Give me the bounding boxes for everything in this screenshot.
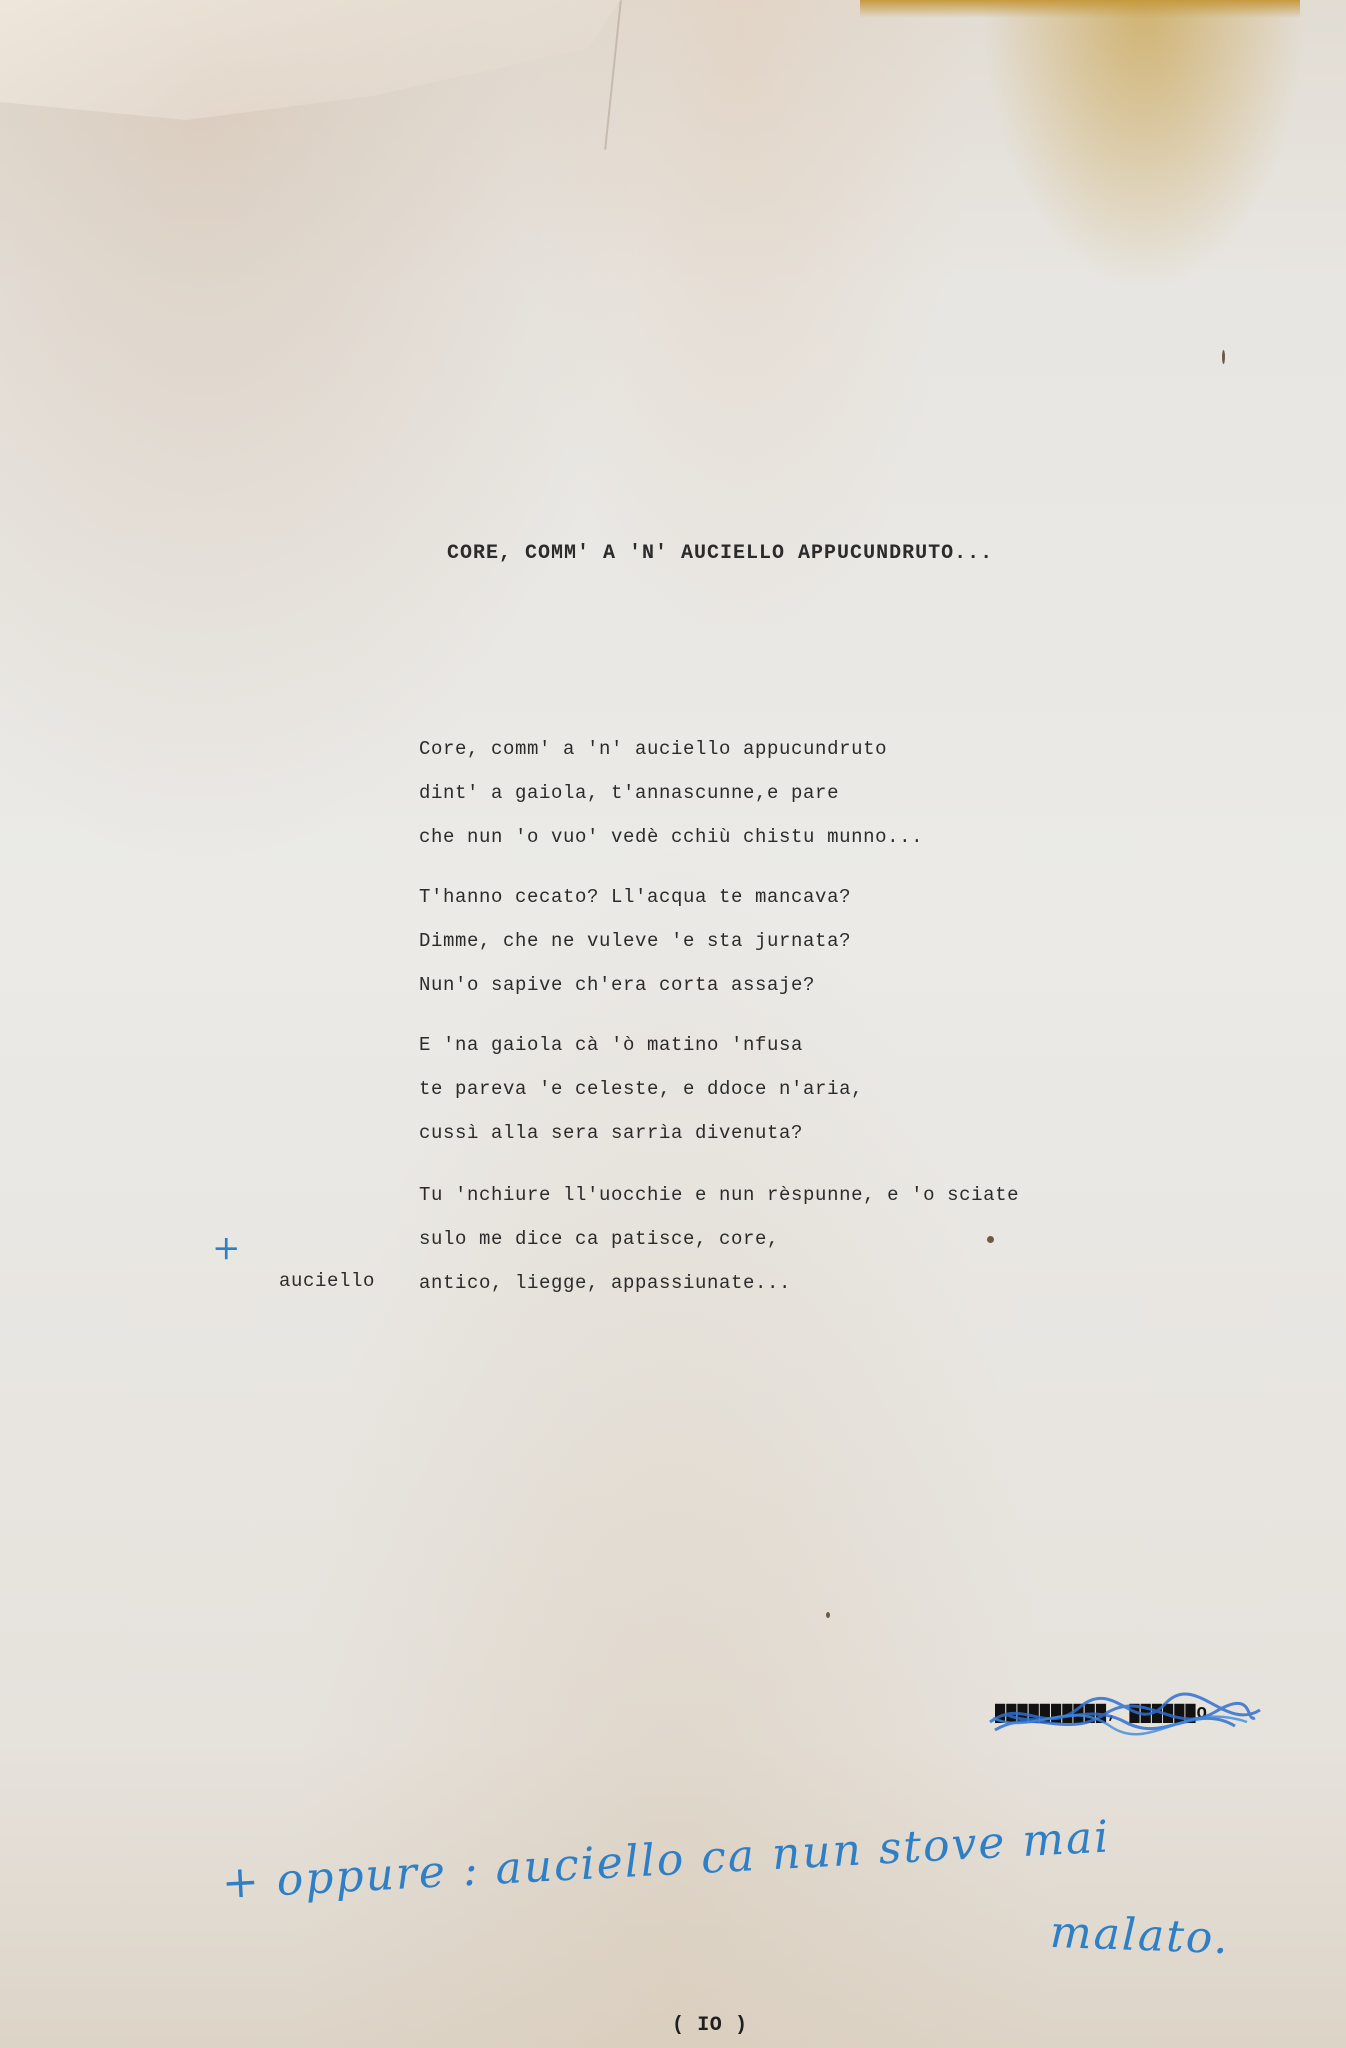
poem-line: antico, liegge, appassiunate...: [419, 1274, 791, 1293]
margin-typed-word: auciello: [279, 1272, 375, 1291]
poem-line: Core, comm' a 'n' auciello appucundruto: [419, 740, 887, 759]
handwritten-note: + oppure : auciello ca nun stove mai: [221, 1811, 1112, 1908]
poem-line: Nun'o sapive ch'era corta assaje?: [419, 976, 815, 995]
handwritten-note-continued: malato.: [1049, 1907, 1230, 1964]
ink-scribble-icon: [985, 1692, 1265, 1742]
poem-line: sulo me dice ca patisce, core,: [419, 1230, 779, 1249]
paper-speck: [826, 1612, 830, 1618]
poem-line: te pareva 'e celeste, e ddoce n'aria,: [419, 1080, 863, 1099]
folder-edge: [860, 0, 1300, 18]
poem-line: dint' a gaiola, t'annascunne,e pare: [419, 784, 839, 803]
margin-cross-mark: +: [212, 1228, 241, 1268]
poem-line: Dimme, che ne vuleve 'e sta jurnata?: [419, 932, 851, 951]
paper-crease: [604, 0, 622, 149]
paper-speck: [987, 1236, 994, 1243]
poem-title: CORE, COMM' A 'N' AUCIELLO APPUCUNDRUTO.…: [447, 544, 993, 564]
document-page: CORE, COMM' A 'N' AUCIELLO APPUCUNDRUTO.…: [0, 0, 1346, 2048]
paper-speck: [1222, 350, 1225, 364]
poem-line: E 'na gaiola cà 'ò matino 'nfusa: [419, 1036, 803, 1055]
poem-line: cussì alla sera sarrìa divenuta?: [419, 1124, 803, 1143]
page-number: ( IO ): [672, 2016, 748, 2036]
poem-line: Tu 'nchiure ll'uocchie e nun rèspunne, e…: [419, 1186, 1019, 1205]
poem-line: che nun 'o vuo' vedè cchiù chistu munno.…: [419, 828, 923, 847]
torn-paper-edge: [0, 0, 620, 120]
poem-line: T'hanno cecato? Ll'acqua te mancava?: [419, 888, 851, 907]
